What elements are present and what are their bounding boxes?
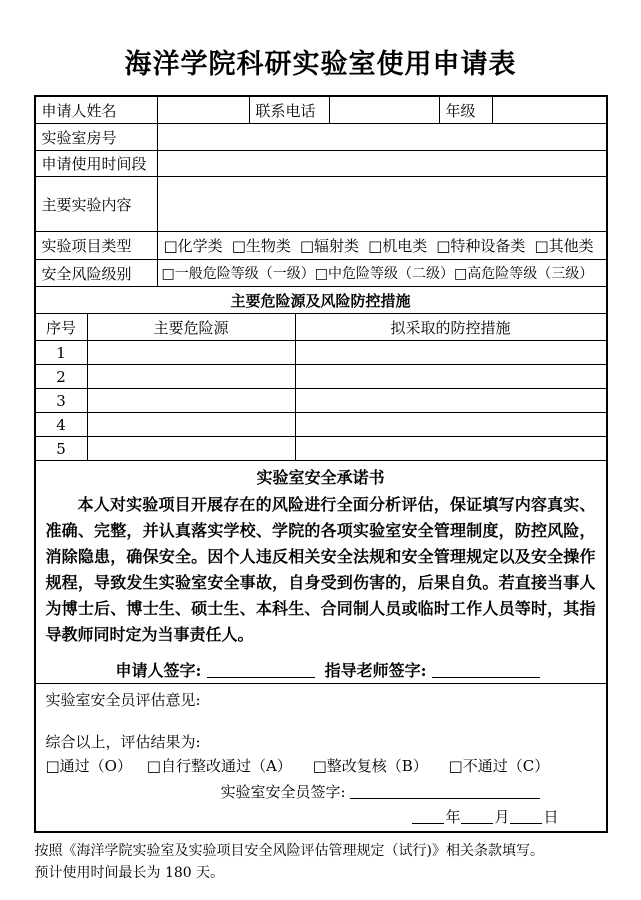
hazard-row-number: 1 [36,341,88,365]
checkbox-result-recheck[interactable]: □整改复核（B） [313,757,428,775]
safety-officer-signature-label: 实验室安全员签字: [221,783,346,801]
hazard-source-field[interactable] [88,389,296,413]
checkbox-other[interactable]: □其他类 [534,235,593,256]
application-form-page: 海洋学院科研实验室使用申请表 申请人姓名 联系电话 年级 实验室房号 申请使用时… [0,0,641,900]
contact-phone-label: 联系电话 [250,97,330,124]
grade-label: 年级 [440,97,493,124]
risk-level-label: 安全风险级别 [36,260,158,287]
checkbox-biological[interactable]: □生物类 [232,235,291,256]
checkbox-risk-level-2[interactable]: □中危险等级（二级） [315,263,454,283]
applicant-signature-label: 申请人签字: [116,661,202,680]
footnote-1: 按照《海洋学院实验室及实验项目安全风险评估管理规定（试行)》相关条款填写。 [35,840,607,862]
checkbox-result-pass[interactable]: □通过（O） [46,757,132,775]
hazard-row-number: 3 [36,389,88,413]
hazard-measures-field[interactable] [296,437,606,461]
grade-field[interactable] [493,97,606,124]
commitment-body: 本人对实验项目开展存在的风险进行全面分析评估，保证填写内容真实、准确、完整，并认… [46,492,596,648]
evaluation-section: 实验室安全员评估意见: 综合以上，评估结果为: □通过（O） □自行整改通过（A… [36,684,606,831]
month-field-blank[interactable] [461,808,493,824]
evaluation-date-row: 年月日 [46,805,596,829]
commitment-section: 实验室安全承诺书 本人对实验项目开展存在的风险进行全面分析评估，保证填写内容真实… [36,461,606,684]
application-form-table: 申请人姓名 联系电话 年级 实验室房号 申请使用时间段 主要实验内容 实验项目类… [34,95,608,833]
project-type-label: 实验项目类型 [36,232,158,260]
day-field-blank[interactable] [510,808,542,824]
hazard-source-field[interactable] [88,437,296,461]
project-type-options: □化学类 □生物类 □辐射类 □机电类 □特种设备类 □其他类 [158,232,606,260]
experiment-content-label: 主要实验内容 [36,177,158,232]
hazard-source-field[interactable] [88,413,296,437]
commitment-signature-row: 申请人签字: 指导老师签字: [46,660,596,682]
lab-room-label: 实验室房号 [36,124,158,151]
hazard-source-field[interactable] [88,365,296,389]
time-period-label: 申请使用时间段 [36,151,158,177]
basic-info-table: 申请人姓名 联系电话 年级 实验室房号 申请使用时间段 主要实验内容 实验项目类… [36,97,606,314]
checkbox-electromechanical[interactable]: □机电类 [368,235,427,256]
applicant-name-label: 申请人姓名 [36,97,158,124]
hazard-measures-field[interactable] [296,365,606,389]
hazard-source-field[interactable] [88,341,296,365]
hazard-row-number: 4 [36,413,88,437]
hazard-col-no: 序号 [36,314,88,341]
time-period-field[interactable] [158,151,606,177]
hazard-col-source: 主要危险源 [88,314,296,341]
commitment-title: 实验室安全承诺书 [46,466,596,490]
checkbox-result-self-rectify[interactable]: □自行整改通过（A） [147,757,292,775]
footnote-2: 预计使用时间最长为 180 天。 [35,862,607,884]
contact-phone-field[interactable] [330,97,440,124]
applicant-name-field[interactable] [158,97,250,124]
hazard-measures-field[interactable] [296,389,606,413]
risk-level-options: □一般危险等级（一级） □中危险等级（二级） □高危险等级（三级） [158,260,606,287]
applicant-signature-blank[interactable] [207,662,315,678]
page-title: 海洋学院科研实验室使用申请表 [0,0,641,95]
day-label: 日 [543,808,558,826]
checkbox-result-fail[interactable]: □不通过（C） [449,757,550,775]
hazard-section-header: 主要危险源及风险防控措施 [36,287,606,314]
hazard-row-number: 2 [36,365,88,389]
evaluation-summary-label: 综合以上，评估结果为: [46,730,596,754]
checkbox-risk-level-3[interactable]: □高危险等级（三级） [454,263,593,283]
checkbox-radiation[interactable]: □辐射类 [300,235,359,256]
hazard-row-number: 5 [36,437,88,461]
safety-officer-signature-blank[interactable] [350,783,540,799]
checkbox-risk-level-1[interactable]: □一般危险等级（一级） [162,263,315,283]
lab-room-field[interactable] [158,124,606,151]
month-label: 月 [494,808,509,826]
hazard-table: 序号 主要危险源 拟采取的防控措施 1 2 3 4 5 [36,314,606,461]
supervisor-signature-blank[interactable] [432,662,540,678]
checkbox-chemical[interactable]: □化学类 [164,235,223,256]
year-label: 年 [445,808,460,826]
hazard-measures-field[interactable] [296,413,606,437]
evaluation-opinion-label: 实验室安全员评估意见: [46,688,596,712]
experiment-content-field[interactable] [158,177,606,232]
hazard-measures-field[interactable] [296,341,606,365]
checkbox-special-equipment[interactable]: □特种设备类 [436,235,525,256]
footnotes: 按照《海洋学院实验室及实验项目安全风险评估管理规定（试行)》相关条款填写。 预计… [35,840,607,884]
evaluation-result-options: □通过（O） □自行整改通过（A） □整改复核（B） □不通过（C） [46,754,596,779]
officer-signature-row: 实验室安全员签字: [46,779,596,805]
supervisor-signature-label: 指导老师签字: [325,661,427,680]
hazard-col-measures: 拟采取的防控措施 [296,314,606,341]
year-field-blank[interactable] [412,808,444,824]
